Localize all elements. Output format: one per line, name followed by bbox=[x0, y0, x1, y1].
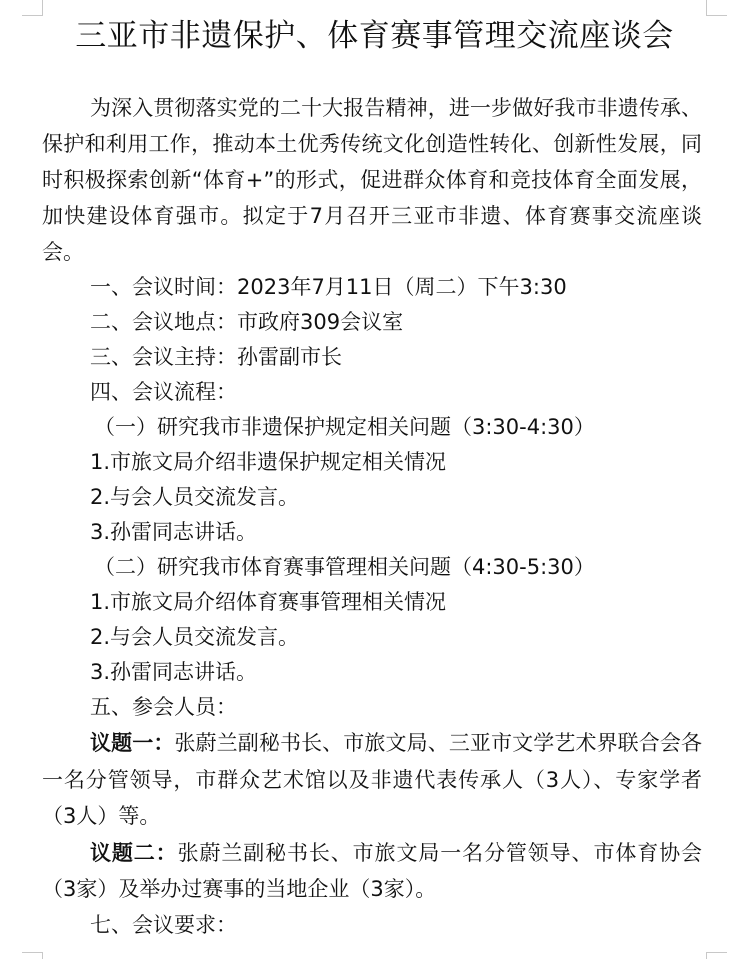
agenda-item: 1.市旅文局介绍非遗保护规定相关情况 bbox=[42, 445, 702, 480]
agenda-item: 2.与会人员交流发言。 bbox=[42, 480, 702, 515]
agenda-item: 3.孙雷同志讲话。 bbox=[42, 655, 702, 690]
topic-label: 议题二： bbox=[90, 841, 178, 865]
agenda-item: 1.市旅文局介绍体育赛事管理相关情况 bbox=[42, 585, 702, 620]
meeting-host: 三、会议主持：孙雷副市长 bbox=[42, 340, 702, 375]
agenda-topic-1: （一）研究我市非遗保护规定相关问题（3:30-4:30） bbox=[42, 410, 702, 445]
requirements-heading: 七、会议要求： bbox=[42, 908, 702, 943]
agenda-item: 3.孙雷同志讲话。 bbox=[42, 515, 702, 550]
page-corner-mark bbox=[22, 952, 43, 959]
meeting-time: 一、会议时间：2023年7月11日（周二）下午3:30 bbox=[42, 270, 702, 305]
attendees-topic-2: 议题二：张蔚兰副秘书长、市旅文局一名分管领导、市体育协会（3家）及举办过赛事的当… bbox=[42, 835, 702, 908]
attendees-heading: 五、参会人员： bbox=[42, 690, 702, 725]
intro-paragraph: 为深入贯彻落实党的二十大报告精神，进一步做好我市非遗传承、保护和利用工作，推动本… bbox=[42, 90, 702, 270]
attendees-topic-1: 议题一：张蔚兰副秘书长、市旅文局、三亚市文学艺术界联合会各一名分管领导，市群众艺… bbox=[42, 725, 702, 835]
page-corner-mark bbox=[706, 952, 727, 959]
document-body: 为深入贯彻落实党的二十大报告精神，进一步做好我市非遗传承、保护和利用工作，推动本… bbox=[42, 90, 702, 943]
topic-label: 议题一： bbox=[90, 731, 174, 755]
meeting-location: 二、会议地点：市政府309会议室 bbox=[42, 305, 702, 340]
agenda-heading: 四、会议流程： bbox=[42, 375, 702, 410]
document-title: 三亚市非遗保护、体育赛事管理交流座谈会 bbox=[0, 14, 749, 58]
agenda-item: 2.与会人员交流发言。 bbox=[42, 620, 702, 655]
agenda-topic-2: （二）研究我市体育赛事管理相关问题（4:30-5:30） bbox=[42, 550, 702, 585]
